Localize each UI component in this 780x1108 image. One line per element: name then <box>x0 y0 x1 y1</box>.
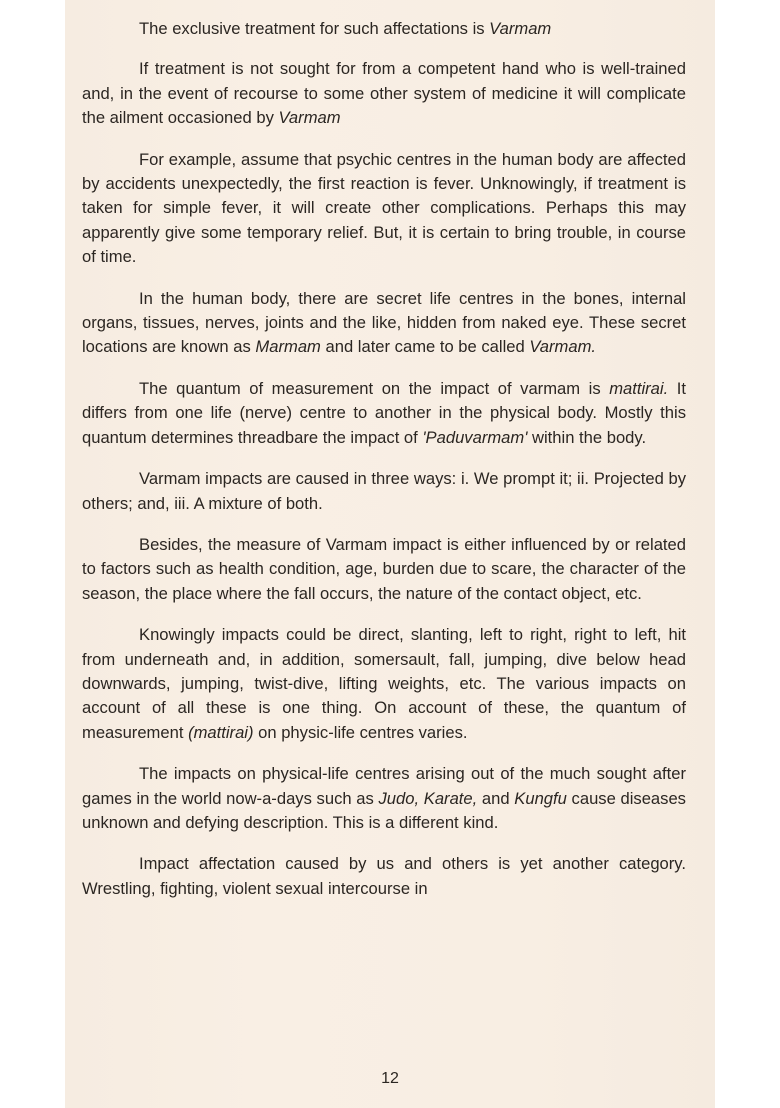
italic-term: (mattirai) <box>188 723 253 742</box>
paragraph: The impacts on physical-life centres ari… <box>82 762 686 835</box>
paragraph: Knowingly impacts could be direct, slant… <box>82 623 686 745</box>
italic-term: Judo, Karate, <box>378 789 477 808</box>
italic-term: Varmam <box>489 19 551 38</box>
paragraph: The exclusive treatment for such affecta… <box>82 17 686 41</box>
paragraph: Besides, the measure of Varmam impact is… <box>82 533 686 606</box>
page-number: 12 <box>65 1070 715 1088</box>
paragraph: If treatment is not sought for from a co… <box>82 57 686 130</box>
paragraph: Impact affectation caused by us and othe… <box>82 852 686 901</box>
italic-term: Varmam <box>278 108 340 127</box>
paragraph: Varmam impacts are caused in three ways:… <box>82 467 686 516</box>
paragraph: In the human body, there are secret life… <box>82 287 686 360</box>
italic-term: Varmam. <box>529 337 596 356</box>
paragraph: The quantum of measurement on the impact… <box>82 377 686 450</box>
italic-term: Kungfu <box>514 789 567 808</box>
book-page: The exclusive treatment for such affecta… <box>65 0 715 1108</box>
body-text: The exclusive treatment for such affecta… <box>82 17 686 918</box>
italic-term: Marmam <box>255 337 320 356</box>
paragraph: For example, assume that psychic centres… <box>82 148 686 270</box>
italic-term: 'Paduvarmam' <box>422 428 527 447</box>
italic-term: mattirai. <box>609 379 668 398</box>
